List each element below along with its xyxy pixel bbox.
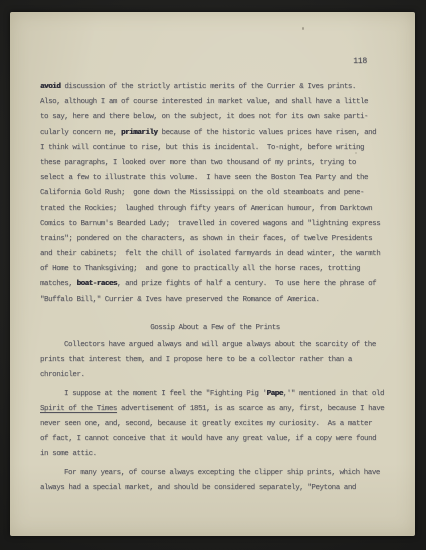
paragraph: For many years, of course always excepti…: [40, 466, 390, 496]
text-segment: California Gold Rush; gone down the Miss…: [40, 189, 364, 197]
overtyped-word: primarily: [121, 129, 157, 137]
text-line: trains"; pondered on the characters, as …: [40, 232, 390, 247]
typescript-page: 118 avoid discussion of the strictly art…: [10, 12, 415, 536]
text-segment: select a few to illustrate this volume. …: [40, 174, 368, 182]
text-segment: chronicler.: [40, 371, 85, 379]
text-line: chronicler.: [40, 368, 390, 383]
text-segment: always had a special market, and should …: [40, 484, 356, 492]
scanned-page-background: 118 avoid discussion of the strictly art…: [0, 0, 426, 550]
text-segment: Also, although I am of course interested…: [40, 98, 368, 106]
text-line: always had a special market, and should …: [40, 481, 390, 496]
text-line: avoid discussion of the strictly artisti…: [40, 80, 390, 95]
text-segment: and their cabinets; felt the chill of is…: [40, 250, 380, 258]
paragraph: avoid discussion of the strictly artisti…: [40, 80, 390, 308]
text-segment: Collectors have argued always and will a…: [64, 341, 376, 349]
paragraph: Collectors have argued always and will a…: [40, 338, 390, 384]
text-segment: Comics to Barnum's Bearded Lady; travell…: [40, 220, 380, 228]
text-segment: , and prize fights of half a century. To…: [117, 280, 376, 288]
text-segment: I suppose at the moment I feel the "Figh…: [64, 390, 267, 398]
text-segment: never seen one, and, second, because it …: [40, 420, 372, 428]
text-line: cularly concern me, primarily because of…: [40, 126, 390, 141]
underlined-title: Spirit of the Times: [40, 405, 117, 413]
typescript-body: avoid discussion of the strictly artisti…: [40, 80, 390, 496]
text-segment: trated the Rockies; laughed through fift…: [40, 205, 372, 213]
text-segment: these paragraphs, I looked over more tha…: [40, 159, 356, 167]
section-heading: Gossip About a Few of the Prints: [40, 321, 390, 336]
text-segment: discussion of the strictly artistic meri…: [60, 83, 356, 91]
text-line: I think will continue to rise, but this …: [40, 141, 390, 156]
text-segment: because of the historic values prices ha…: [157, 129, 376, 137]
text-segment: ,'" mentioned in that old: [283, 390, 384, 398]
text-segment: matches,: [40, 280, 76, 288]
text-segment: I think will continue to rise, but this …: [40, 144, 364, 152]
text-segment: "Buffalo Bill," Currier & Ives have pres…: [40, 296, 320, 304]
text-line: in some attic.: [40, 447, 390, 462]
text-line: of fact, I cannot conceive that it would…: [40, 432, 390, 447]
paragraph: I suppose at the moment I feel the "Figh…: [40, 387, 390, 463]
text-line: "Buffalo Bill," Currier & Ives have pres…: [40, 293, 390, 308]
text-line: to say, here and there below, on the sub…: [40, 110, 390, 125]
text-segment: in some attic.: [40, 450, 97, 458]
page-number: 118: [353, 57, 367, 66]
text-line: never seen one, and, second, because it …: [40, 417, 390, 432]
paper-speck: [355, 152, 357, 154]
text-line: matches, boat-races, and prize fights of…: [40, 277, 390, 292]
text-segment: advertisement of 1851, is as scarce as a…: [117, 405, 384, 413]
text-line: these paragraphs, I looked over more tha…: [40, 156, 390, 171]
text-line: Comics to Barnum's Bearded Lady; travell…: [40, 217, 390, 232]
overtyped-word: avoid: [40, 83, 60, 91]
overtyped-word: Pape: [267, 390, 283, 398]
text-line: and their cabinets; felt the chill of is…: [40, 247, 390, 262]
text-segment: trains"; pondered on the characters, as …: [40, 235, 372, 243]
text-line: prints that interest them, and I propose…: [40, 353, 390, 368]
text-segment: prints that interest them, and I propose…: [40, 356, 352, 364]
text-line: California Gold Rush; gone down the Miss…: [40, 186, 390, 201]
text-line: For many years, of course always excepti…: [40, 466, 390, 481]
text-segment: cularly concern me,: [40, 129, 121, 137]
text-line: of Home to Thanksgiving; and gone to pra…: [40, 262, 390, 277]
overtyped-word: boat-races: [76, 280, 117, 288]
text-segment: of Home to Thanksgiving; and gone to pra…: [40, 265, 360, 273]
text-line: trated the Rockies; laughed through fift…: [40, 202, 390, 217]
text-line: Collectors have argued always and will a…: [40, 338, 390, 353]
text-line: Also, although I am of course interested…: [40, 95, 390, 110]
text-segment: to say, here and there below, on the sub…: [40, 113, 368, 121]
text-line: select a few to illustrate this volume. …: [40, 171, 390, 186]
text-segment: For many years, of course always excepti…: [64, 469, 380, 477]
text-line: I suppose at the moment I feel the "Figh…: [40, 387, 390, 402]
text-segment: of fact, I cannot conceive that it would…: [40, 435, 376, 443]
text-line: Spirit of the Times advertisement of 185…: [40, 402, 390, 417]
paper-speck: [302, 27, 304, 30]
